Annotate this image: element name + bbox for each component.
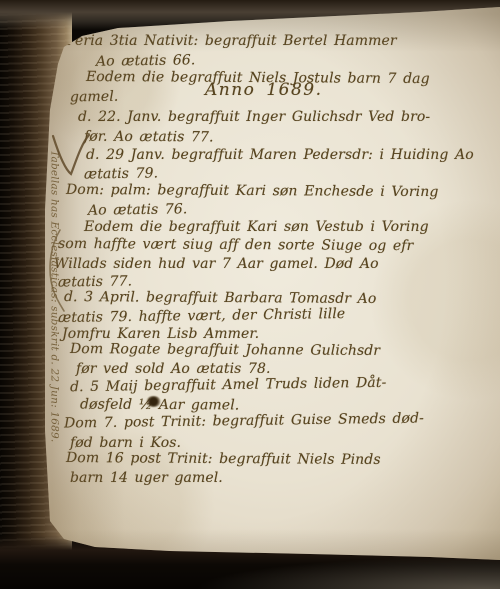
manuscript-line: som haffte vært siug aff den sorte Siuge… xyxy=(58,237,413,254)
manuscript-line: Ao ætatis 76. xyxy=(88,202,188,218)
manuscript-line: gamel. xyxy=(70,90,119,105)
manuscript-line: d. 5 Maij begraffuit Amel Truds liden Då… xyxy=(70,376,387,395)
manuscript-line: d. 3 April. begraffuit Barbara Tomasdr A… xyxy=(64,290,376,307)
manuscript-line: Jomfru Karen Lisb Ammer. xyxy=(62,327,259,342)
manuscript-line: d. 29 Janv. begraffuit Maren Pedersdr: i… xyxy=(86,148,474,163)
manuscript-line: Feria 3tia Nativit: begraffuit Bertel Ha… xyxy=(66,34,397,49)
manuscript-line: ætatis 79. haffte vært, der Christi lill… xyxy=(58,307,345,326)
manuscript-line: barn 14 uger gamel. xyxy=(70,471,223,486)
manuscript-line: Ao ætatis 66. xyxy=(96,53,196,69)
pen-flourish-mark xyxy=(50,132,92,180)
manuscript-line: Dom 7. post Trinit: begraffuit Guise Sme… xyxy=(64,411,424,431)
manuscript-line: før ved sold Ao ætatis 78. xyxy=(76,362,271,377)
manuscript-line: Dom: palm: begraffuit Kari søn Enchesde … xyxy=(66,183,438,200)
manuscript-line: ætatis 79. xyxy=(84,166,158,182)
pen-stroke-mark xyxy=(44,228,66,314)
manuscript-page: Feria 3tia Nativit: begraffuit Bertel Ha… xyxy=(0,0,500,589)
manuscript-line: d. 22. Janv. begraffuit Inger Gulichsdr … xyxy=(78,110,430,125)
manuscript-line: før. Ao ætatis 77. xyxy=(84,130,214,145)
manuscript-line: Willads siden hud var 7 Aar gamel. Død A… xyxy=(54,257,379,272)
manuscript-photo: Feria 3tia Nativit: begraffuit Bertel Ha… xyxy=(0,0,500,589)
manuscript-line: fød barn i Kos. xyxy=(70,436,181,451)
manuscript-line: ætatis 77. xyxy=(58,274,132,290)
manuscript-line: Eodem die begraffuit Kari søn Vestub i V… xyxy=(84,220,429,235)
year-heading: Anno 1689. xyxy=(205,80,322,100)
manuscript-line: Dom 16 post Trinit: begraffuit Niels Pin… xyxy=(66,451,381,468)
manuscript-line: Dom Rogate begraffuit Johanne Gulichsdr xyxy=(70,342,380,359)
ink-blot xyxy=(146,396,161,407)
